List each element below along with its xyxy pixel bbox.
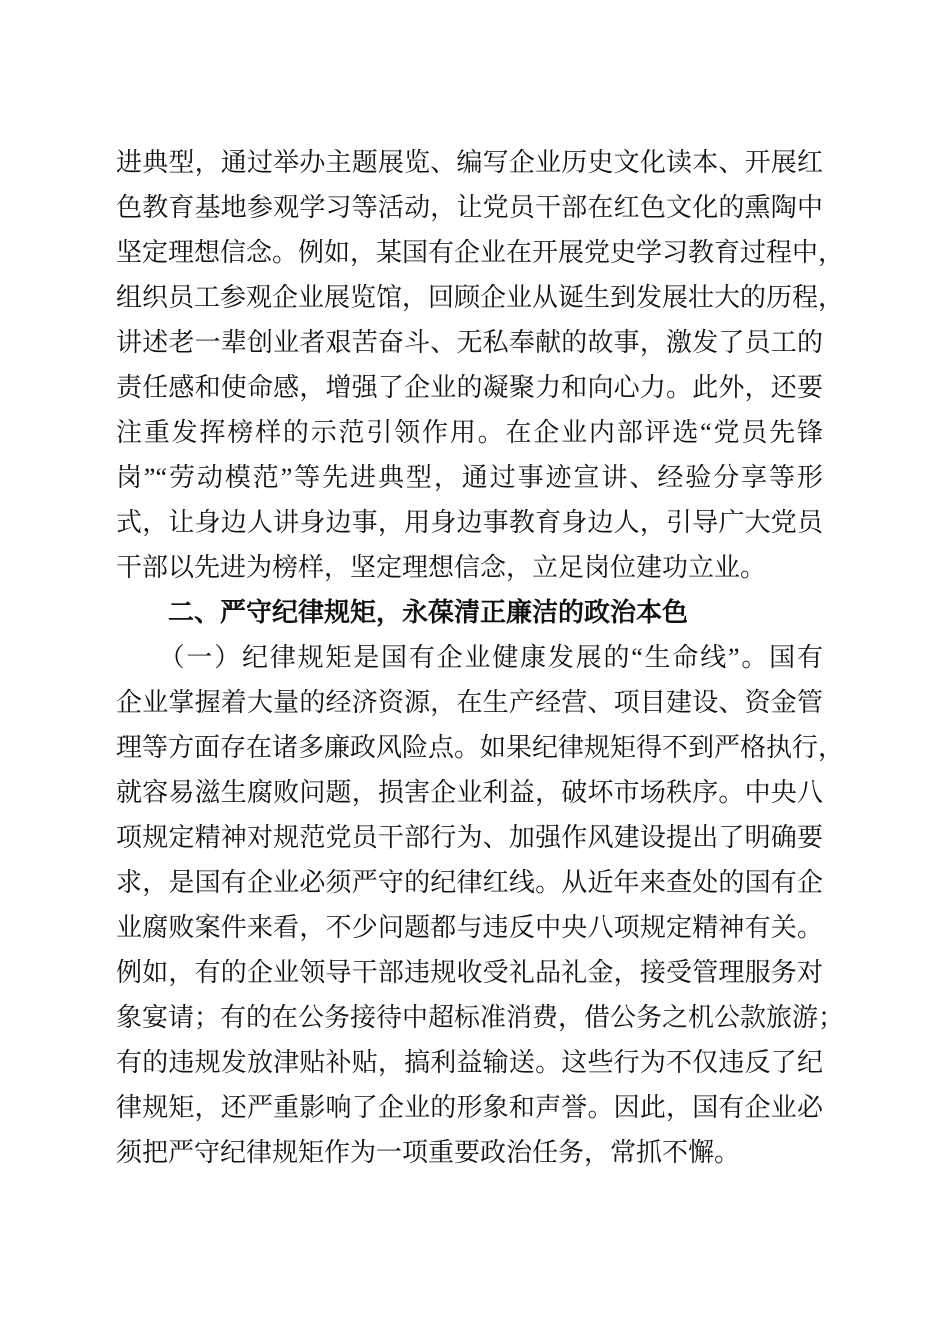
text-line: 项规定精神对规范党员干部行为、加强作风建设提出了明确要 [116,815,823,860]
paragraph: （一）纪律规矩是国有企业健康发展的“生命线”。国有企业掌握着大量的经济资源，在生… [116,635,823,1175]
text-line: 干部以先进为榜样，坚定理想信念，立足岗位建功立业。 [116,545,823,590]
text-line: 例如，有的企业领导干部违规收受礼品礼金，接受管理服务对 [116,950,823,995]
text-line: 求，是国有企业必须严守的纪律红线。从近年来查处的国有企 [116,860,823,905]
text-line: 式，让身边人讲身边事，用身边事教育身边人，引导广大党员 [116,500,823,545]
text-line: 进典型，通过举办主题展览、编写企业历史文化读本、开展红 [116,140,823,185]
text-line: （一）纪律规矩是国有企业健康发展的“生命线”。国有 [116,635,823,680]
text-line: 讲述老一辈创业者艰苦奋斗、无私奉献的故事，激发了员工的 [116,320,823,365]
text-line: 责任感和使命感，增强了企业的凝聚力和向心力。此外，还要 [116,365,823,410]
text-line: 组织员工参观企业展览馆，回顾企业从诞生到发展壮大的历程， [116,275,823,320]
document-page: 进典型，通过举办主题展览、编写企业历史文化读本、开展红色教育基地参观学习等活动，… [0,0,950,1344]
text-line: 有的违规发放津贴补贴，搞利益输送。这些行为不仅违反了纪 [116,1040,823,1085]
text-line: 就容易滋生腐败问题，损害企业利益，破坏市场秩序。中央八 [116,770,823,815]
text-line: 注重发挥榜样的示范引领作用。在企业内部评选“党员先锋 [116,410,823,455]
heading-line: 二、严守纪律规矩，永葆清正廉洁的政治本色 [116,590,823,635]
text-line: 企业掌握着大量的经济资源，在生产经营、项目建设、资金管 [116,680,823,725]
text-line: 坚定理想信念。例如，某国有企业在开展党史学习教育过程中， [116,230,823,275]
text-line: 色教育基地参观学习等活动，让党员干部在红色文化的熏陶中 [116,185,823,230]
text-block: 进典型，通过举办主题展览、编写企业历史文化读本、开展红色教育基地参观学习等活动，… [116,140,823,1175]
paragraph: 进典型，通过举办主题展览、编写企业历史文化读本、开展红色教育基地参观学习等活动，… [116,140,823,590]
text-line: 律规矩，还严重影响了企业的形象和声誉。因此，国有企业必 [116,1085,823,1130]
text-line: 象宴请；有的在公务接待中超标准消费，借公务之机公款旅游； [116,995,823,1040]
text-line: 须把严守纪律规矩作为一项重要政治任务，常抓不懈。 [116,1130,823,1175]
section-heading: 二、严守纪律规矩，永葆清正廉洁的政治本色 [116,590,823,635]
text-line: 业腐败案件来看，不少问题都与违反中央八项规定精神有关。 [116,905,823,950]
text-line: 岗”“劳动模范”等先进典型，通过事迹宣讲、经验分享等形 [116,455,823,500]
text-line: 理等方面存在诸多廉政风险点。如果纪律规矩得不到严格执行， [116,725,823,770]
